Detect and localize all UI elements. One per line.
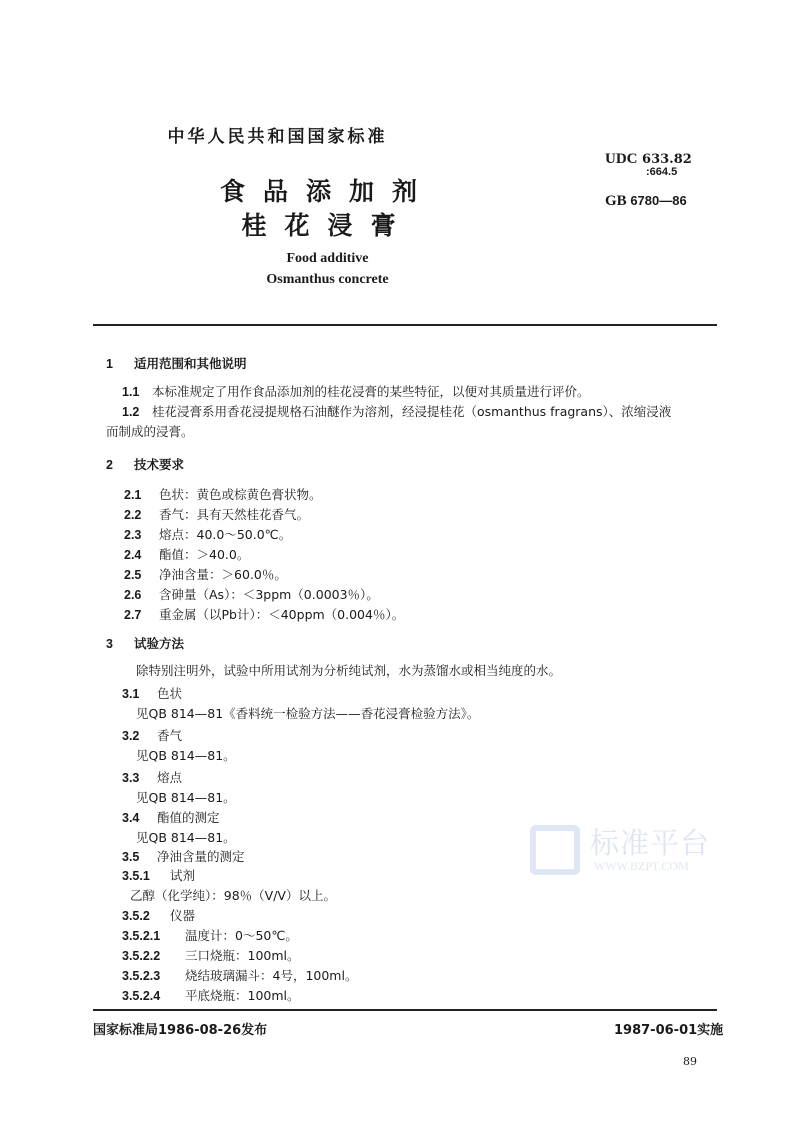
section-3-intro: 除特别注明外，试验中所用试剂为分析纯试剂，水为蒸馏水或相当纯度的水。: [136, 661, 561, 679]
clause-3-5-2-4: 3.5.2.4平底烧瓶：100ml。: [122, 986, 300, 1004]
title-en-line2: Osmanthus concrete: [0, 272, 655, 288]
clause-3-5-1-body: 乙醇（化学纯）：98％（V/V）以上。: [130, 886, 336, 904]
clause-2-7: 2.7重金属（以Pb计）：＜40ppm（0.004％）。: [124, 605, 404, 623]
clause-3-1: 3.1色状: [122, 684, 182, 702]
watermark: 标准平台 WWW.BZPT.COM: [530, 825, 730, 880]
watermark-logo-icon: [530, 825, 580, 875]
clause-number: 2.3: [124, 528, 159, 542]
clause-text: 温度计：0～50℃。: [185, 928, 298, 943]
section-title: 试验方法: [134, 636, 184, 651]
clause-3-4-body: 见QB 814—81。: [136, 828, 236, 846]
clause-text: 含砷量（As）：＜3ppm（0.0003％）。: [159, 587, 379, 602]
clause-text: 香气: [157, 728, 182, 743]
clause-text: 桂花浸膏系用香花浸提规格石油醚作为溶剂，经浸提桂花（osmanthus frag…: [152, 404, 671, 419]
clause-number: 3.5.2.1: [122, 929, 185, 943]
section-title: 适用范围和其他说明: [134, 356, 247, 371]
clause-3-5: 3.5净油含量的测定: [122, 847, 245, 865]
clause-1-2-continuation: 而制成的浸膏。: [106, 422, 194, 440]
clause-number: 2.1: [124, 488, 159, 502]
clause-3-5-2-1: 3.5.2.1温度计：0～50℃。: [122, 926, 298, 944]
clause-text: 熔点: [157, 770, 182, 785]
clause-1-1: 1.1本标准规定了用作食品添加剂的桂花浸膏的某些特征，以便对其质量进行评价。: [122, 382, 590, 400]
section-2-heading: 2技术要求: [106, 455, 184, 473]
clause-text: 净油含量：＞60.0％。: [159, 567, 287, 582]
clause-2-2: 2.2香气：具有天然桂花香气。: [124, 505, 309, 523]
clause-text: 烧结玻璃漏斗：4号，100ml。: [185, 968, 357, 983]
clause-text: 色状：黄色或棕黄色膏状物。: [159, 487, 322, 502]
title-cn-line1: 食品添加剂: [0, 172, 655, 208]
clause-text: 平底烧瓶：100ml。: [185, 988, 300, 1003]
clause-2-3: 2.3熔点：40.0～50.0℃。: [124, 525, 291, 543]
section-number: 2: [106, 458, 134, 472]
section-1-heading: 1适用范围和其他说明: [106, 354, 247, 372]
clause-3-2: 3.2香气: [122, 726, 182, 744]
clause-text: 仪器: [170, 908, 195, 923]
clause-number: 3.4: [122, 811, 157, 825]
udc-label: UDC: [605, 151, 638, 167]
clause-number: 3.5.1: [122, 869, 170, 883]
clause-number: 3.3: [122, 771, 157, 785]
clause-3-2-body: 见QB 814—81。: [136, 746, 236, 764]
standard-body-heading: 中华人民共和国国家标准: [0, 122, 555, 147]
clause-text: 重金属（以Pb计）：＜40ppm（0.004％）。: [159, 607, 404, 622]
clause-2-6: 2.6含砷量（As）：＜3ppm（0.0003％）。: [124, 585, 379, 603]
clause-3-3-body: 见QB 814—81。: [136, 788, 236, 806]
issue-date: 国家标准局1986-08-26发布: [93, 1019, 267, 1038]
clause-3-5-2-2: 3.5.2.2三口烧瓶：100ml。: [122, 946, 300, 964]
clause-2-4: 2.4酯值：＞40.0。: [124, 545, 249, 563]
clause-number: 2.2: [124, 508, 159, 522]
clause-3-3: 3.3熔点: [122, 768, 182, 786]
title-en-line1: Food additive: [0, 251, 655, 267]
clause-number: 3.5.2.2: [122, 949, 185, 963]
clause-text: 色状: [157, 686, 182, 701]
section-number: 3: [106, 637, 134, 651]
clause-3-5-2: 3.5.2仪器: [122, 906, 195, 924]
clause-number: 3.2: [122, 729, 157, 743]
clause-text: 酯值：＞40.0。: [159, 547, 249, 562]
clause-number: 3.1: [122, 687, 157, 701]
clause-2-1: 2.1色状：黄色或棕黄色膏状物。: [124, 485, 322, 503]
watermark-text: 标准平台: [590, 821, 710, 862]
clause-3-1-body: 见QB 814—81《香料统一检验方法——香花浸膏检验方法》。: [136, 704, 479, 722]
clause-text: 香气：具有天然桂花香气。: [159, 507, 309, 522]
section-title: 技术要求: [134, 457, 184, 472]
clause-text: 三口烧瓶：100ml。: [185, 948, 300, 963]
clause-number: 1.1: [122, 385, 152, 399]
clause-2-5: 2.5净油含量：＞60.0％。: [124, 565, 287, 583]
section-3-heading: 3试验方法: [106, 634, 184, 652]
clause-number: 2.6: [124, 588, 159, 602]
clause-3-5-2-3: 3.5.2.3烧结玻璃漏斗：4号，100ml。: [122, 966, 357, 984]
header-divider: [93, 324, 717, 326]
clause-number: 3.5.2.4: [122, 989, 185, 1003]
clause-text: 试剂: [170, 868, 195, 883]
clause-number: 3.5: [122, 850, 157, 864]
title-cn-line2: 桂花浸膏: [0, 206, 655, 242]
clause-number: 2.5: [124, 568, 159, 582]
section-number: 1: [106, 357, 134, 371]
effective-date: 1987-06-01实施: [614, 1019, 723, 1038]
clause-number: 2.7: [124, 608, 159, 622]
clause-3-5-1: 3.5.1试剂: [122, 866, 195, 884]
page-number: 89: [683, 1055, 697, 1068]
clause-number: 2.4: [124, 548, 159, 562]
clause-text: 熔点：40.0～50.0℃。: [159, 527, 291, 542]
clause-text: 酯值的测定: [157, 810, 220, 825]
udc-line1: 633.82: [642, 152, 692, 167]
clause-number: 3.5.2: [122, 909, 170, 923]
clause-3-4: 3.4酯值的测定: [122, 808, 220, 826]
clause-number: 3.5.2.3: [122, 969, 185, 983]
clause-text: 净油含量的测定: [157, 849, 245, 864]
watermark-url: WWW.BZPT.COM: [594, 859, 689, 874]
clause-number: 1.2: [122, 405, 152, 419]
clause-1-2: 1.2桂花浸膏系用香花浸提规格石油醚作为溶剂，经浸提桂花（osmanthus f…: [122, 402, 671, 420]
clause-text: 本标准规定了用作食品添加剂的桂花浸膏的某些特征，以便对其质量进行评价。: [152, 384, 590, 399]
footer-divider: [93, 1009, 717, 1011]
